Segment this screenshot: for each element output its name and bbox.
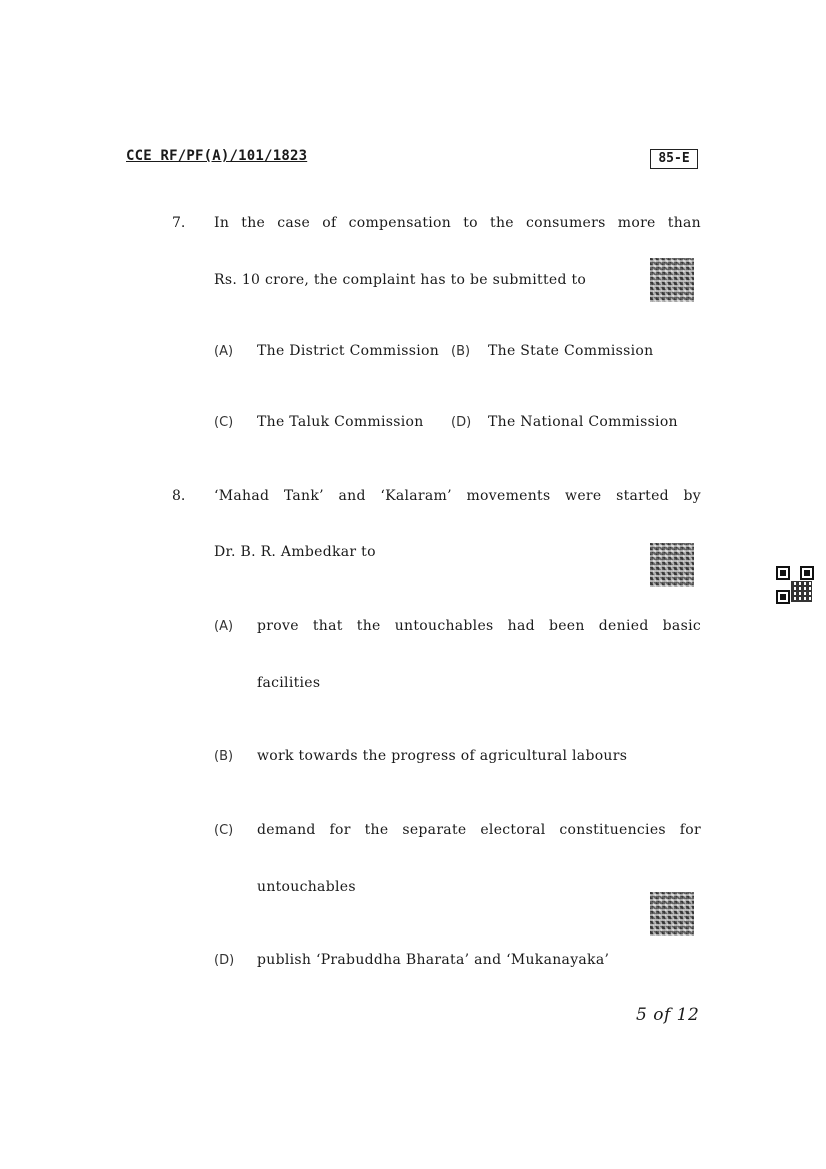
question-8-text-line2: Dr. B. R. Ambedkar to — [214, 544, 376, 560]
page-indicator: 5 of 12 — [636, 1005, 699, 1025]
qr-code-icon — [650, 543, 694, 587]
question-8-option-a-label: (A) — [214, 619, 233, 634]
question-7-option-a-label: (A) — [214, 344, 233, 359]
question-7-option-d-text: The National Commission — [488, 414, 678, 430]
question-7-option-d-label: (D) — [451, 415, 471, 430]
qr-code-icon — [776, 566, 814, 604]
question-8-option-a-text-line1: prove that the untouchables had been den… — [257, 618, 701, 634]
paper-code: CCE RF/PF(A)/101/1823 — [126, 148, 307, 164]
question-7-option-c-text: The Taluk Commission — [257, 414, 424, 430]
question-8-option-c-text-line2: untouchables — [257, 879, 356, 895]
question-7-option-c-label: (C) — [214, 415, 233, 430]
question-8-option-d-label: (D) — [214, 953, 234, 968]
question-8-option-c-text-line1: demand for the separate electoral consti… — [257, 822, 701, 838]
question-7-option-a-text: The District Commission — [257, 343, 439, 359]
question-8-option-b-label: (B) — [214, 749, 233, 764]
question-8-option-a-text-line2: facilities — [257, 675, 320, 691]
question-8-number: 8. — [172, 488, 185, 504]
question-7-option-b-label: (B) — [451, 344, 470, 359]
question-8-text-line1: ‘Mahad Tank’ and ‘Kalaram’ movements wer… — [214, 488, 701, 504]
version-badge: 85-E — [650, 149, 698, 169]
question-7-text-line1: In the case of compensation to the consu… — [214, 215, 701, 231]
question-7-option-b-text: The State Commission — [488, 343, 653, 359]
question-8-option-b-text: work towards the progress of agricultura… — [257, 748, 627, 764]
qr-code-icon — [650, 258, 694, 302]
question-7-number: 7. — [172, 215, 185, 231]
qr-code-icon — [650, 892, 694, 936]
question-8-option-c-label: (C) — [214, 823, 233, 838]
question-8-option-d-text: publish ‘Prabuddha Bharata’ and ‘Mukanay… — [257, 952, 609, 968]
question-7-text-line2: Rs. 10 crore, the complaint has to be su… — [214, 272, 586, 288]
